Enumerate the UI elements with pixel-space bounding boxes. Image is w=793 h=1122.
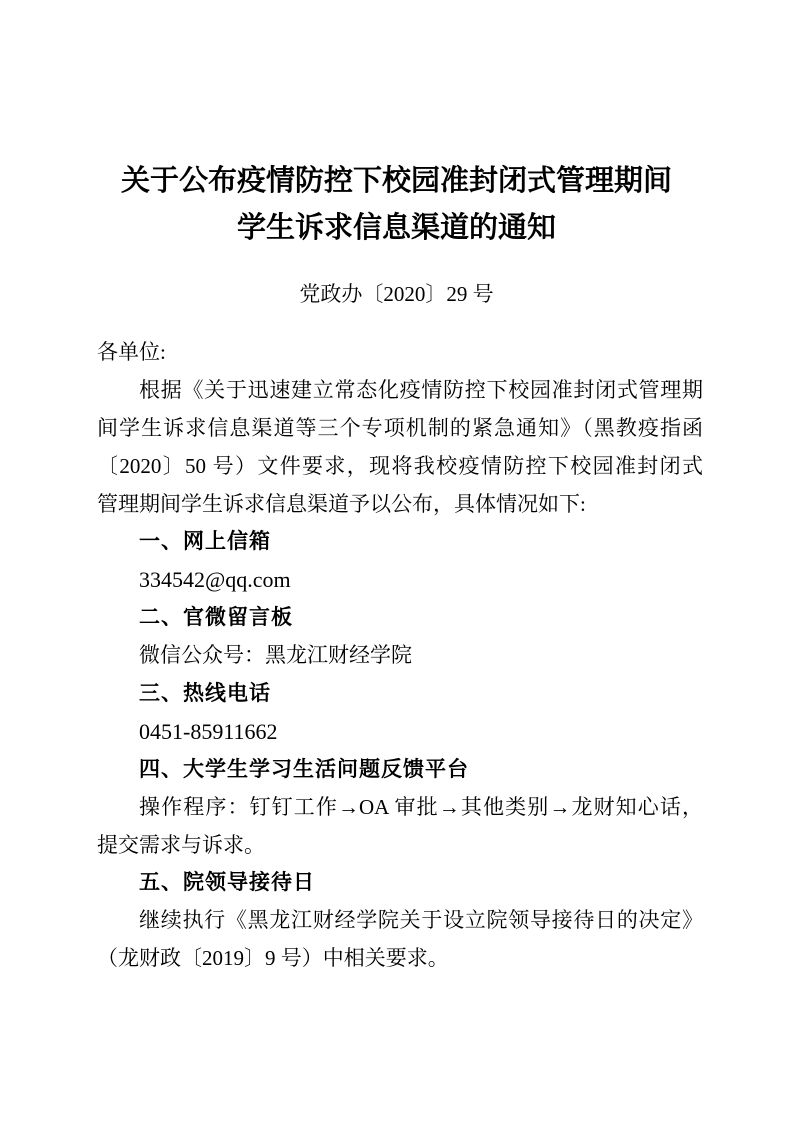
intro-line-2: 间学生诉求信息渠道等三个专项机制的紧急通知》（黑教疫指函 — [97, 410, 703, 448]
procedure-line-1: 操作程序：钉钉工作→OA 审批→其他类别→龙财知心话， — [97, 789, 703, 827]
section-2-heading: 二、官微留言板 — [97, 599, 703, 637]
section-3-heading: 三、热线电话 — [97, 675, 703, 713]
procedure-line-2: 提交需求与诉求。 — [97, 827, 703, 865]
intro-line-4: 管理期间学生诉求信息渠道予以公布，具体情况如下: — [97, 486, 703, 524]
salutation: 各单位: — [97, 334, 703, 372]
title-line-1: 关于公布疫情防控下校园准封闭式管理期间 — [0, 158, 793, 205]
hotline-number: 0451-85911662 — [97, 713, 703, 751]
section-1-heading: 一、网上信箱 — [97, 523, 703, 561]
notice-document-page: 关于公布疫情防控下校园准封闭式管理期间 学生诉求信息渠道的通知 党政办〔2020… — [0, 0, 793, 1122]
reception-day-line-1: 继续执行《黑龙江财经学院关于设立院领导接待日的决定》 — [97, 902, 703, 940]
wechat-account: 微信公众号：黑龙江财经学院 — [97, 637, 703, 675]
section-5-heading: 五、院领导接待日 — [97, 864, 703, 902]
document-number: 党政办〔2020〕29 号 — [0, 279, 793, 309]
intro-line-3: 〔2020〕50 号）文件要求，现将我校疫情防控下校园准封闭式 — [97, 448, 703, 486]
email-address: 334542@qq.com — [97, 561, 703, 599]
section-4-heading: 四、大学生学习生活问题反馈平台 — [97, 751, 703, 789]
reception-day-line-2: （龙财政〔2019〕9 号）中相关要求。 — [97, 940, 703, 978]
page-title: 关于公布疫情防控下校园准封闭式管理期间 学生诉求信息渠道的通知 — [0, 158, 793, 252]
document-body: 各单位: 根据《关于迅速建立常态化疫情防控下校园准封闭式管理期 间学生诉求信息渠… — [97, 334, 703, 978]
intro-line-1: 根据《关于迅速建立常态化疫情防控下校园准封闭式管理期 — [97, 372, 703, 410]
title-line-2: 学生诉求信息渠道的通知 — [0, 205, 793, 252]
